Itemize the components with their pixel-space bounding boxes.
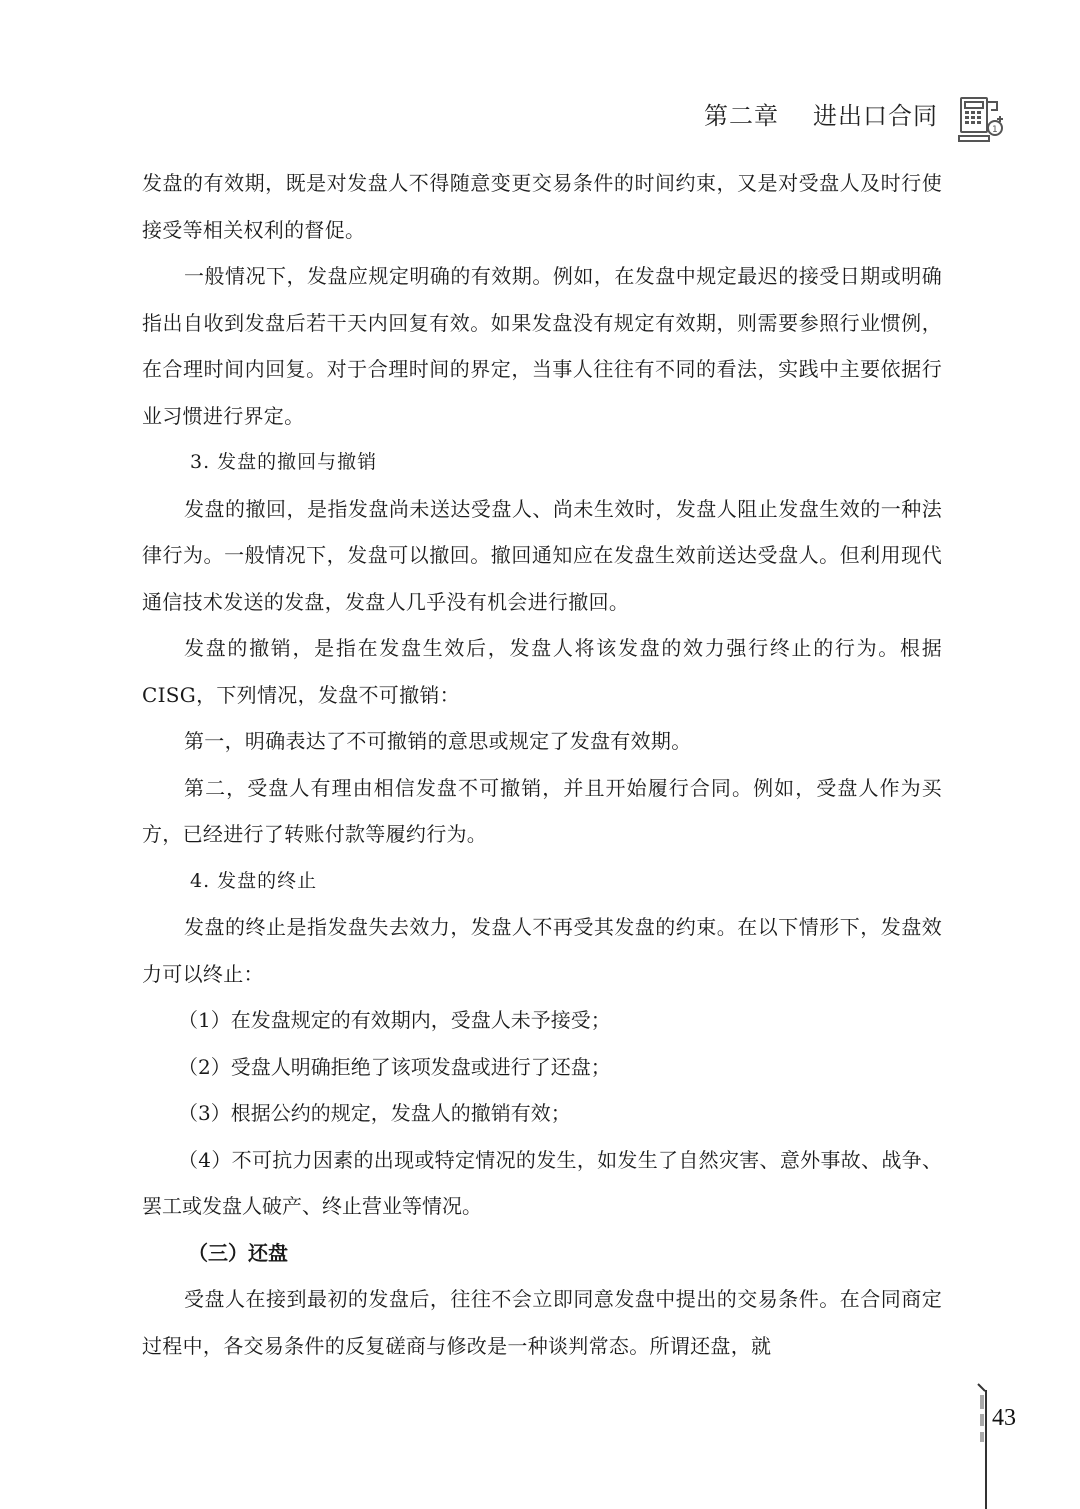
paragraph: 发盘的终止是指发盘失去效力，发盘人不再受其发盘的约束。在以下情形下，发盘效力可以… <box>142 904 942 997</box>
paragraph: 发盘的撤回，是指发盘尚未送达受盘人、尚未生效时，发盘人阻止发盘生效的一种法律行为… <box>142 486 942 626</box>
paragraph: 受盘人在接到最初的发盘后，往往不会立即同意发盘中提出的交易条件。在合同商定过程中… <box>142 1276 942 1369</box>
paragraph: 发盘的有效期，既是对发盘人不得随意变更交易条件的时间约束，又是对受盘人及时行使接… <box>142 160 942 253</box>
running-header: 第二章 进出口合同 <box>704 96 938 131</box>
svg-text:1: 1 <box>992 125 998 135</box>
margin-shade <box>980 1414 984 1426</box>
subheading: 3. 发盘的撤回与撤销 <box>142 439 942 486</box>
section-heading: （三）还盘 <box>142 1230 942 1277</box>
list-item: （4）不可抗力因素的出现或特定情况的发生，如发生了自然灾害、意外事故、战争、罢工… <box>142 1137 942 1230</box>
chapter-label: 第二章 <box>704 96 779 131</box>
paragraph: 发盘的撤销，是指在发盘生效后，发盘人将该发盘的效力强行终止的行为。根据 CISG… <box>142 625 942 718</box>
margin-shade <box>980 1395 984 1409</box>
paragraph: 一般情况下，发盘应规定明确的有效期。例如，在发盘中规定最迟的接受日期或明确指出自… <box>142 253 942 439</box>
list-item: （2）受盘人明确拒绝了该项发盘或进行了还盘； <box>142 1044 942 1091</box>
paragraph: 第二，受盘人有理由相信发盘不可撤销，并且开始履行合同。例如，受盘人作为买方，已经… <box>142 765 942 858</box>
list-item: （1）在发盘规定的有效期内，受盘人未予接受； <box>142 997 942 1044</box>
paragraph: 第一，明确表达了不可撤销的意思或规定了发盘有效期。 <box>142 718 942 765</box>
margin-shade <box>980 1432 984 1442</box>
subheading: 4. 发盘的终止 <box>142 858 942 905</box>
margin-rule <box>985 1390 987 1509</box>
page-body: 发盘的有效期，既是对发盘人不得随意变更交易条件的时间约束，又是对受盘人及时行使接… <box>142 160 942 1369</box>
list-item: （3）根据公约的规定，发盘人的撤销有效； <box>142 1090 942 1137</box>
page-number: 43 <box>992 1405 1016 1432</box>
chapter-title: 进出口合同 <box>813 96 938 131</box>
calculator-coin-icon: 1 <box>957 94 1007 144</box>
